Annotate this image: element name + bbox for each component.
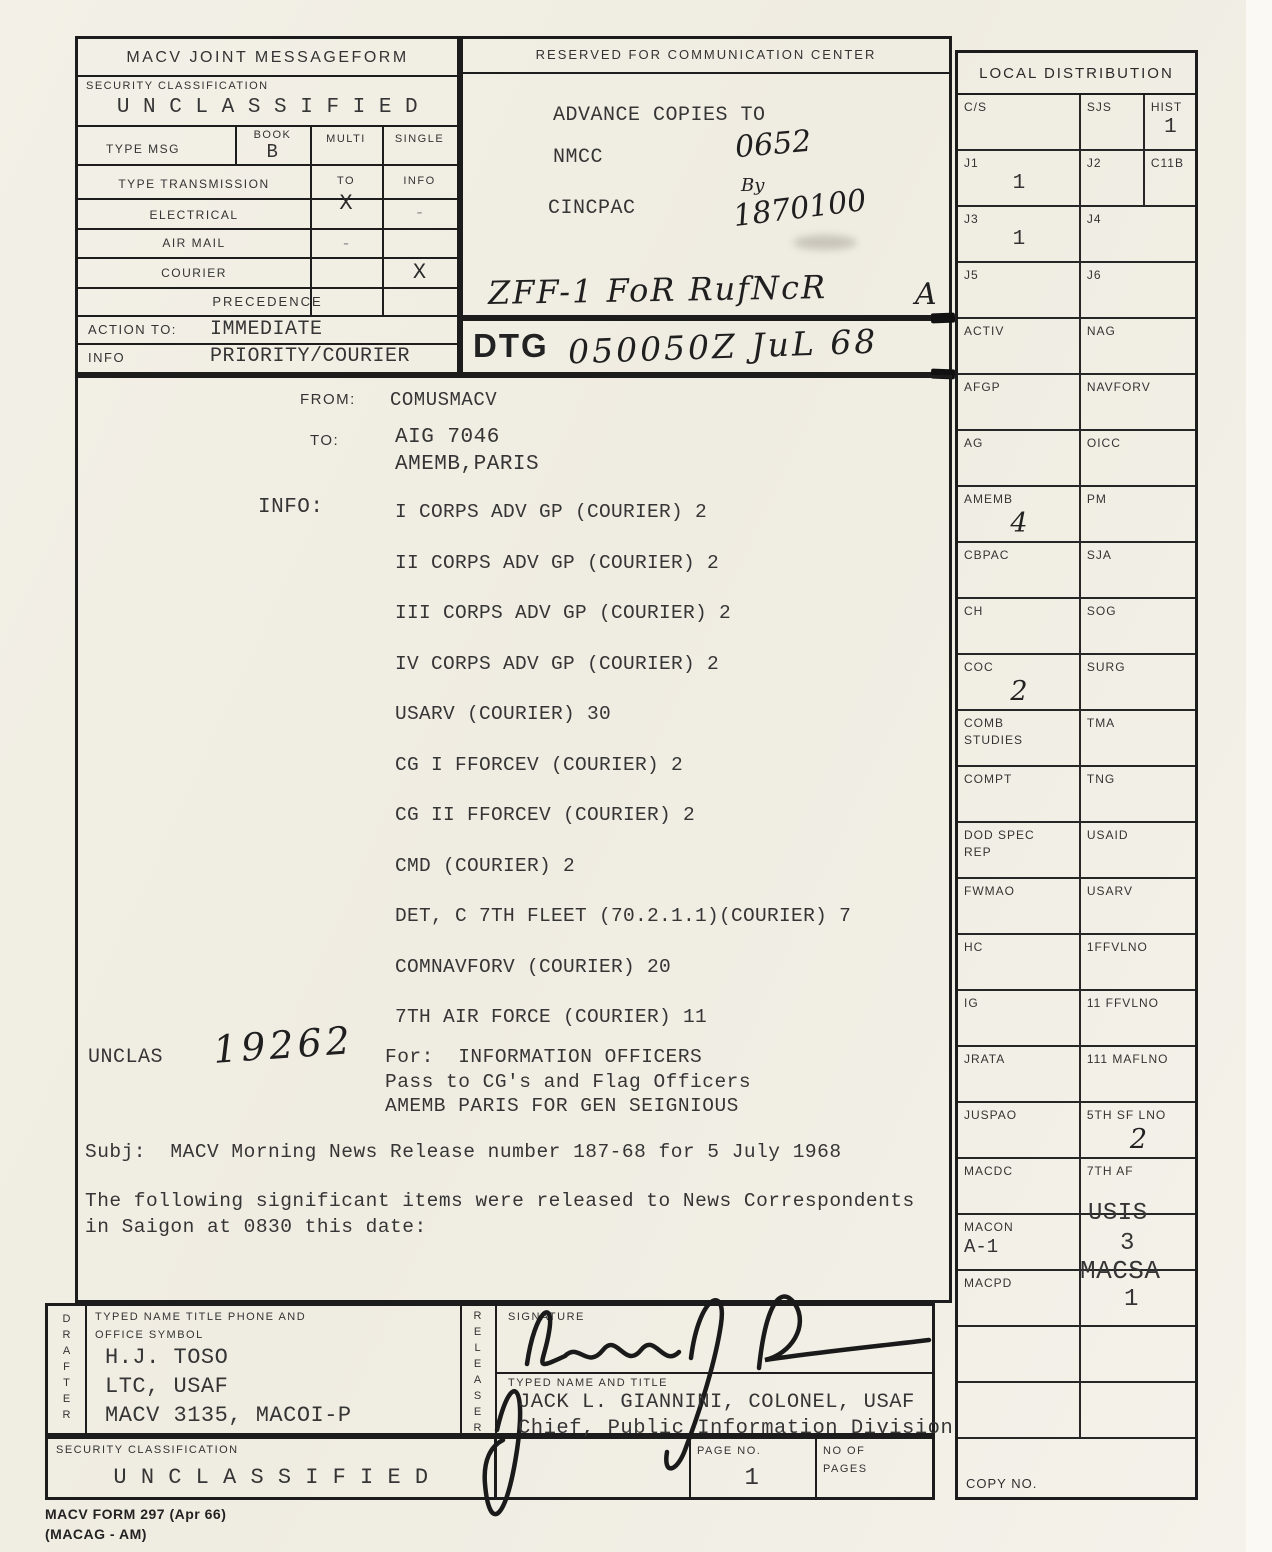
distribution-cell-label: COC xyxy=(964,659,1074,676)
distribution-cell: J5 xyxy=(958,263,1079,317)
info-address-item: DET, C 7TH FLEET (70.2.1.1)(COURIER) 7 xyxy=(395,905,851,956)
scan-edge-highlight xyxy=(1246,0,1272,1552)
distribution-cell: IG xyxy=(958,991,1079,1045)
distribution-cell: ACTIV xyxy=(958,319,1079,373)
info-address-item: CG II FFORCEV (COURIER) 2 xyxy=(395,804,851,855)
distribution-cell-label: OICC xyxy=(1087,435,1190,452)
distribution-cell-count: 2 xyxy=(964,676,1074,707)
distribution-row: DOD SPEC REPUSAID xyxy=(958,823,1195,879)
distribution-cell: JUSPAO xyxy=(958,1103,1079,1157)
distribution-row: IG11 FFVLNO xyxy=(958,991,1195,1047)
action-to-label: ACTION TO: xyxy=(88,322,177,337)
distribution-cell-label: 7TH AF xyxy=(1087,1163,1190,1180)
distribution-cell: DOD SPEC REP xyxy=(958,823,1079,877)
local-distribution-title: LOCAL DISTRIBUTION xyxy=(958,53,1195,95)
distribution-cell: C11B xyxy=(1143,151,1195,205)
dtg-box: DTG 050050Z JuL 68 xyxy=(460,318,952,375)
dtg-handwritten: 050050Z JuL 68 xyxy=(567,322,878,372)
distribution-cell: CBPAC xyxy=(958,543,1079,597)
bottom-security-box: SECURITY CLASSIFICATION U N C L A S S I … xyxy=(45,1436,497,1500)
distribution-cell-label: AG xyxy=(964,435,1074,452)
to-column-label: TO xyxy=(310,175,382,187)
distribution-cell-label: IG xyxy=(964,995,1074,1012)
distribution-cell-label: PM xyxy=(1087,491,1190,508)
distribution-cell: FWMAO xyxy=(958,879,1079,933)
bottom-security-value: U N C L A S S I F I E D xyxy=(48,1465,494,1490)
distribution-cell-count: 1 xyxy=(964,172,1074,195)
distribution-cell-count: 1 xyxy=(964,228,1074,251)
distribution-cell: COMB STUDIES xyxy=(958,711,1079,765)
security-classification-value: U N C L A S S I F I E D xyxy=(78,96,457,119)
drafter-rank: LTC, USAF xyxy=(105,1374,228,1399)
info-label: INFO: xyxy=(258,496,324,519)
distribution-cell: C/S xyxy=(958,95,1079,149)
distribution-cell-count: A-1 xyxy=(964,1236,1074,1258)
distribution-cell-label: MACDC xyxy=(964,1163,1074,1180)
drafter-vertical-label: DRAFTER xyxy=(48,1311,85,1423)
distribution-cell-label: MACPD xyxy=(964,1275,1074,1292)
macsa-overlay-count: 1 xyxy=(1124,1286,1139,1313)
distribution-cell: 1FFVLNO xyxy=(1079,935,1195,989)
distribution-row: J31J4 xyxy=(958,207,1195,263)
distribution-cell: TMA xyxy=(1079,711,1195,765)
distribution-cell: USARV xyxy=(1079,879,1195,933)
body-line2: in Saigon at 0830 this date: xyxy=(85,1216,427,1238)
drafter-office: MACV 3135, MACOI-P xyxy=(105,1403,352,1428)
distribution-cell: TNG xyxy=(1079,767,1195,821)
distribution-cell: JRATA xyxy=(958,1047,1079,1101)
body-line1: The following significant items were rel… xyxy=(85,1190,915,1212)
distribution-cell-label: TMA xyxy=(1087,715,1190,732)
dtg-label: DTG xyxy=(473,327,549,365)
distribution-cell-label: 5TH SF LNO xyxy=(1087,1107,1190,1124)
distribution-cell: NAG xyxy=(1079,319,1195,373)
form-id-line2: (MACAG - AM) xyxy=(45,1526,147,1542)
distribution-cell: NAVFORV xyxy=(1079,375,1195,429)
distribution-cell-label: NAVFORV xyxy=(1087,379,1190,396)
messageform-header-box: MACV JOINT MESSAGEFORM SECURITY CLASSIFI… xyxy=(75,36,460,375)
info-address-item: II CORPS ADV GP (COURIER) 2 xyxy=(395,552,851,603)
distribution-cell: SOG xyxy=(1079,599,1195,653)
distribution-cell-label: C11B xyxy=(1151,155,1190,172)
unclas-label: UNCLAS xyxy=(88,1046,163,1069)
distribution-cell-label: CBPAC xyxy=(964,547,1074,564)
routing-handwritten: ZFF-1 FoR RufNcR xyxy=(488,268,828,312)
distribution-cell-label: COMB STUDIES xyxy=(964,715,1074,749)
distribution-cell: COC2 xyxy=(958,655,1079,709)
electrical-label: ELECTRICAL xyxy=(78,208,310,222)
to-label: TO: xyxy=(310,432,339,449)
to-line2: AMEMB,PARIS xyxy=(395,453,539,476)
air-mail-label: AIR MAIL xyxy=(78,236,310,250)
nmcc-label: NMCC xyxy=(553,146,603,169)
cincpac-label: CINCPAC xyxy=(548,197,636,220)
distribution-row: AMEMB4PM xyxy=(958,487,1195,543)
distribution-cell-label: J6 xyxy=(1087,267,1190,284)
distribution-cell: 11 FFVLNO xyxy=(1079,991,1195,1045)
distribution-row: JRATA111 MAFLNO xyxy=(958,1047,1195,1103)
electrical-info-mark: - xyxy=(382,204,457,222)
cincpac-handwritten-by: By xyxy=(741,175,764,196)
distribution-cell: SJA xyxy=(1079,543,1195,597)
distribution-cell: MACDC xyxy=(958,1159,1079,1213)
distribution-cell: USAID xyxy=(1079,823,1195,877)
scanned-messageform-page: MACV JOINT MESSAGEFORM SECURITY CLASSIFI… xyxy=(0,0,1272,1552)
distribution-row: JUSPAO5TH SF LNO2 xyxy=(958,1103,1195,1159)
distribution-cell xyxy=(958,1327,1079,1381)
multi-label: MULTI xyxy=(310,133,382,145)
type-transmission-label: TYPE TRANSMISSION xyxy=(78,177,310,191)
distribution-cell-label: JRATA xyxy=(964,1051,1074,1068)
info-address-item: CMD (COURIER) 2 xyxy=(395,855,851,906)
distribution-cell: AG xyxy=(958,431,1079,485)
distribution-row xyxy=(958,1383,1195,1439)
typed-name-label-line1: TYPED NAME TITLE PHONE AND xyxy=(95,1311,306,1323)
precedence-label: PRECEDENCE xyxy=(78,294,457,309)
info-address-item: CG I FFORCEV (COURIER) 2 xyxy=(395,754,851,805)
distribution-cell-count: 1 xyxy=(1151,116,1190,139)
advance-copies-label: ADVANCE COPIES TO xyxy=(553,104,766,127)
distribution-cell: HC xyxy=(958,935,1079,989)
distribution-cell: J31 xyxy=(958,207,1079,261)
distribution-cell-label: FWMAO xyxy=(964,883,1074,900)
distribution-cell-label: J4 xyxy=(1087,211,1190,228)
comm-center-header: RESERVED FOR COMMUNICATION CENTER xyxy=(463,47,949,62)
pass-line: Pass to CG's and Flag Officers xyxy=(385,1071,751,1093)
distribution-row: FWMAOUSARV xyxy=(958,879,1195,935)
ink-smudge xyxy=(793,235,857,250)
electrical-to-mark: X xyxy=(310,191,382,216)
usis-overlay-count: 3 xyxy=(1120,1230,1135,1257)
distribution-cell: 111 MAFLNO xyxy=(1079,1047,1195,1101)
info-address-list: I CORPS ADV GP (COURIER) 2II CORPS ADV G… xyxy=(395,501,851,1057)
courier-label: COURIER xyxy=(78,266,310,280)
distribution-cell-label: SJA xyxy=(1087,547,1190,564)
distribution-row: MACDC7TH AF xyxy=(958,1159,1195,1215)
info-address-item: I CORPS ADV GP (COURIER) 2 xyxy=(395,501,851,552)
distribution-row: COC2SURG xyxy=(958,655,1195,711)
type-msg-label: TYPE MSG xyxy=(106,142,180,156)
distribution-cell-label: J2 xyxy=(1087,155,1138,172)
usis-overlay-label: USIS xyxy=(1088,1200,1148,1227)
info-address-item: III CORPS ADV GP (COURIER) 2 xyxy=(395,602,851,653)
distribution-cell xyxy=(1079,1383,1195,1437)
distribution-cell: SURG xyxy=(1079,655,1195,709)
scan-ink-bleed xyxy=(931,313,955,324)
drafter-name: H.J. TOSO xyxy=(105,1345,228,1370)
macsa-overlay-label: MACSA xyxy=(1080,1256,1161,1286)
for-line: For: INFORMATION OFFICERS xyxy=(385,1046,702,1068)
distribution-cell-label: SOG xyxy=(1087,603,1190,620)
distribution-cell: J4 xyxy=(1079,207,1195,261)
distribution-cell: J2 xyxy=(1079,151,1143,205)
distribution-row: J5J6 xyxy=(958,263,1195,319)
distribution-cell: 5TH SF LNO2 xyxy=(1079,1103,1195,1157)
distribution-row: AGOICC xyxy=(958,431,1195,487)
distribution-cell: SJS xyxy=(1079,95,1143,149)
distribution-cell-count: 2 xyxy=(1087,1124,1190,1155)
info-column-label: INFO xyxy=(382,175,457,187)
from-label: FROM: xyxy=(300,391,356,408)
releaser-title: Chief, Public Information Division xyxy=(518,1417,953,1440)
distribution-cell: CH xyxy=(958,599,1079,653)
distribution-cell xyxy=(1079,1327,1195,1381)
courier-info-mark: X xyxy=(382,260,457,285)
distribution-cell-label: C/S xyxy=(964,99,1074,116)
form-title: MACV JOINT MESSAGEFORM xyxy=(78,49,457,67)
distribution-cell-label: CH xyxy=(964,603,1074,620)
book-value: B xyxy=(235,141,310,163)
distribution-cell-count: 4 xyxy=(964,508,1074,539)
distribution-cell-label: AMEMB xyxy=(964,491,1074,508)
distribution-cell: J11 xyxy=(958,151,1079,205)
copy-no-label: COPY NO. xyxy=(958,1439,1195,1497)
bottom-security-label: SECURITY CLASSIFICATION xyxy=(56,1444,239,1456)
distribution-rows: C/SSJSHIST1J11J2C11BJ31J4J5J6ACTIVNAGAFG… xyxy=(958,95,1195,1439)
distribution-row xyxy=(958,1327,1195,1383)
distribution-row: COMPTTNG xyxy=(958,767,1195,823)
distribution-cell-label: HC xyxy=(964,939,1074,956)
amemb-line: AMEMB PARIS FOR GEN SEIGNIOUS xyxy=(385,1095,739,1117)
book-label: BOOK xyxy=(235,129,310,141)
distribution-cell: MACONA-1 xyxy=(958,1215,1079,1269)
distribution-cell xyxy=(958,1383,1079,1437)
air-mail-to-mark: - xyxy=(310,235,382,253)
form-id-line1: MACV FORM 297 (Apr 66) xyxy=(45,1506,226,1522)
distribution-cell-label: COMPT xyxy=(964,771,1074,788)
distribution-cell-label: JUSPAO xyxy=(964,1107,1074,1124)
distribution-cell-label: AFGP xyxy=(964,379,1074,396)
distribution-row: CHSOG xyxy=(958,599,1195,655)
distribution-cell-label: USAID xyxy=(1087,827,1190,844)
distribution-cell: HIST1 xyxy=(1143,95,1195,149)
nmcc-handwritten-number: 0652 xyxy=(734,124,813,166)
distribution-cell-label: 1FFVLNO xyxy=(1087,939,1190,956)
distribution-cell: COMPT xyxy=(958,767,1079,821)
distribution-cell-label: SURG xyxy=(1087,659,1190,676)
info-address-item: IV CORPS ADV GP (COURIER) 2 xyxy=(395,653,851,704)
distribution-cell-label: J1 xyxy=(964,155,1074,172)
from-value: COMUSMACV xyxy=(390,389,497,411)
distribution-cell-label: 111 MAFLNO xyxy=(1087,1051,1190,1068)
message-body-box: FROM: COMUSMACV TO: AIG 7046 AMEMB,PARIS… xyxy=(75,375,952,1303)
typed-name-label-line2: OFFICE SYMBOL xyxy=(95,1329,204,1341)
distribution-cell-label: ACTIV xyxy=(964,323,1074,340)
distribution-cell: AMEMB4 xyxy=(958,487,1079,541)
distribution-cell-label: DOD SPEC REP xyxy=(964,827,1074,861)
distribution-row: AFGPNAVFORV xyxy=(958,375,1195,431)
distribution-cell-label: J5 xyxy=(964,267,1074,284)
comm-center-box: RESERVED FOR COMMUNICATION CENTER ADVANC… xyxy=(460,36,952,318)
distribution-cell-label: 11 FFVLNO xyxy=(1087,995,1190,1012)
distribution-cell-label: SJS xyxy=(1087,99,1138,116)
distribution-cell: J6 xyxy=(1079,263,1195,317)
info-address-item: COMNAVFORV (COURIER) 20 xyxy=(395,956,851,1007)
info-precedence-label: INFO xyxy=(88,350,125,365)
info-address-item: USARV (COURIER) 30 xyxy=(395,703,851,754)
to-line1: AIG 7046 xyxy=(395,426,500,449)
info-precedence-value: PRIORITY/COURIER xyxy=(210,345,410,368)
distribution-cell: OICC xyxy=(1079,431,1195,485)
security-classification-label: SECURITY CLASSIFICATION xyxy=(86,80,269,92)
distribution-cell-label: USARV xyxy=(1087,883,1190,900)
distribution-cell-label: NAG xyxy=(1087,323,1190,340)
subject-line: Subj: MACV Morning News Release number 1… xyxy=(85,1141,842,1163)
releaser-name: JACK L. GIANNINI, COLONEL, USAF xyxy=(518,1391,915,1414)
distribution-row: ACTIVNAG xyxy=(958,319,1195,375)
distribution-row: J11J2C11B xyxy=(958,151,1195,207)
single-label: SINGLE xyxy=(382,133,457,145)
routing-suffix-handwritten: A xyxy=(915,277,937,312)
distribution-cell-label: J3 xyxy=(964,211,1074,228)
distribution-cell: MACPD xyxy=(958,1271,1079,1325)
local-distribution-box: LOCAL DISTRIBUTION C/SSJSHIST1J11J2C11BJ… xyxy=(955,50,1198,1500)
action-to-value: IMMEDIATE xyxy=(210,318,323,341)
distribution-cell: PM xyxy=(1079,487,1195,541)
distribution-row: HC1FFVLNO xyxy=(958,935,1195,991)
distribution-cell: AFGP xyxy=(958,375,1079,429)
distribution-cell-label: MACON xyxy=(964,1219,1074,1236)
distribution-row: CBPACSJA xyxy=(958,543,1195,599)
distribution-row: COMB STUDIESTMA xyxy=(958,711,1195,767)
distribution-cell-label: TNG xyxy=(1087,771,1190,788)
unclas-handwritten-number: 19262 xyxy=(212,1018,356,1072)
distribution-row: C/SSJSHIST1 xyxy=(958,95,1195,151)
distribution-cell-label: HIST xyxy=(1151,99,1190,116)
